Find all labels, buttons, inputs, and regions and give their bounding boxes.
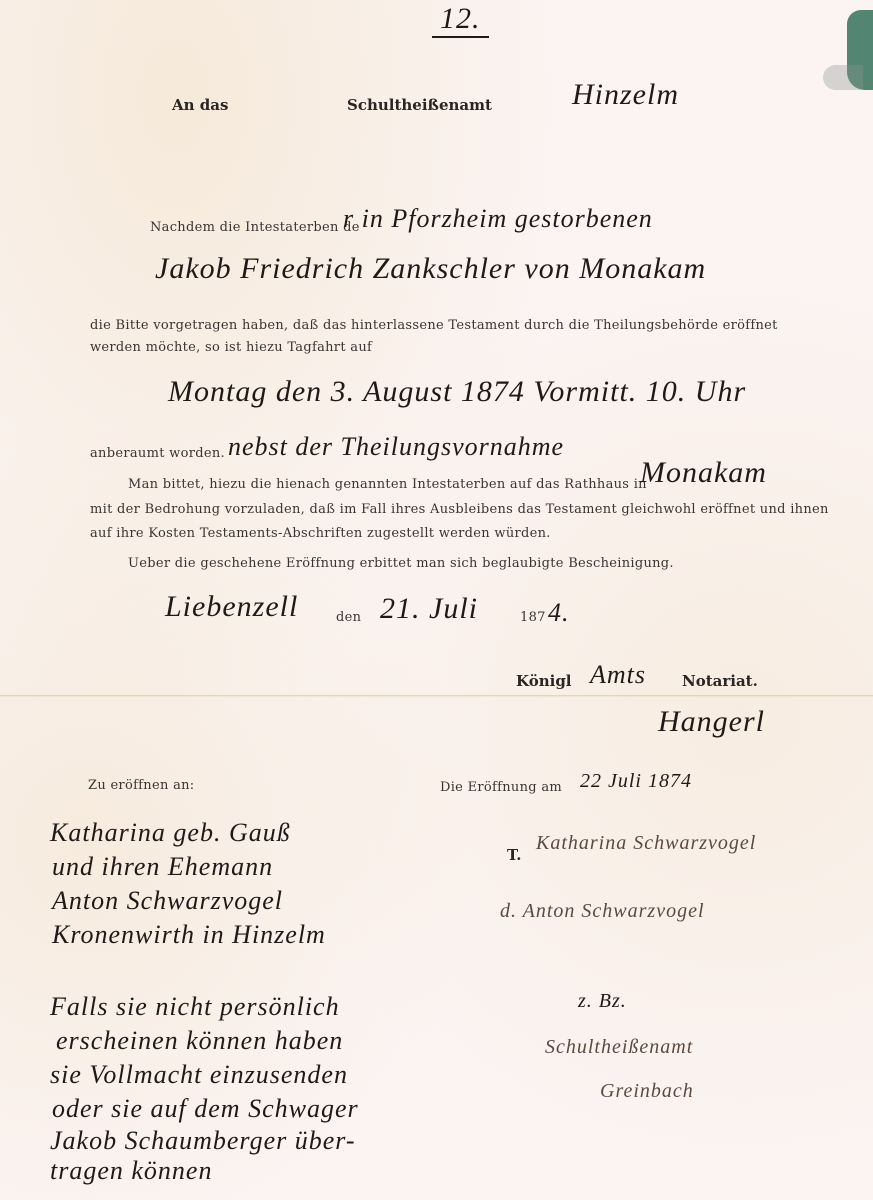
paragraph1-line1: die Bitte vorgetragen haben, daß das hin… (90, 318, 778, 333)
dateline-place-handwritten: Liebenzell (165, 590, 298, 624)
signature-notariat: Notariat. (682, 672, 758, 690)
attestation-line-1: z. Bz. (578, 990, 627, 1013)
note-line-4: oder sie auf dem Schwager (52, 1094, 359, 1124)
heir-line-1: Katharina geb. Gauß (50, 818, 291, 848)
note-line-6: tragen können (50, 1156, 212, 1186)
opening-date-handwritten: 22 Juli 1874 (580, 770, 692, 793)
intro-printed: Nachdem die Intestaterben de (150, 220, 360, 235)
attestation-line-3: Greinbach (600, 1080, 694, 1103)
header-office-label: Schultheißenamt (347, 96, 492, 114)
dateline-year-handwritten: 4. (548, 598, 570, 628)
deceased-name-handwritten: Jakob Friedrich Zankschler von Monakam (155, 252, 706, 286)
town-hall-place-handwritten: Monakam (640, 456, 767, 490)
paragraph2-line1: Man bittet, hiezu die hienach genannten … (128, 477, 647, 492)
intro-handwritten-1: r in Pforzheim gestorbenen (343, 204, 653, 234)
dateline-den: den (336, 610, 361, 625)
document-number: 12. (432, 2, 489, 38)
paragraph3: Ueber die geschehene Eröffnung erbittet … (128, 556, 674, 571)
stain-shadow (823, 65, 863, 90)
attendee-line-1: Katharina Schwarzvogel (536, 832, 756, 855)
appointment-addendum-handwritten: nebst der Theilungsvornahme (228, 432, 564, 462)
note-line-5: Jakob Schaumberger über- (50, 1126, 356, 1156)
right-column-T: T. (507, 846, 521, 864)
dateline-year-printed: 187 (520, 610, 546, 625)
fold-line (0, 695, 873, 698)
header-office-place: Hinzelm (572, 78, 679, 112)
paragraph2-line2: mit der Bedrohung vorzuladen, daß im Fal… (90, 502, 829, 517)
signature-amts-handwritten: Amts (590, 660, 646, 690)
note-line-3: sie Vollmacht einzusenden (50, 1060, 348, 1090)
heir-line-4: Kronenwirth in Hinzelm (52, 920, 326, 950)
notary-signature: Hangerl (658, 705, 765, 739)
dateline-date-handwritten: 21. Juli (380, 592, 478, 626)
heir-line-2: und ihren Ehemann (52, 852, 273, 882)
heir-line-3: Anton Schwarzvogel (52, 886, 283, 916)
note-line-1: Falls sie nicht persönlich (50, 992, 340, 1022)
left-column-label: Zu eröffnen an: (88, 778, 194, 793)
signature-koenigl: Königl (516, 672, 572, 690)
attendee-line-2: d. Anton Schwarzvogel (500, 900, 705, 923)
anberaumt-printed: anberaumt worden. (90, 446, 225, 461)
right-column-label: Die Eröffnung am (440, 780, 562, 795)
attestation-line-2: Schultheißenamt (545, 1036, 693, 1059)
paragraph1-line2: werden möchte, so ist hiezu Tagfahrt auf (90, 340, 372, 355)
note-line-2: erscheinen können haben (56, 1026, 343, 1056)
appointment-date-handwritten: Montag den 3. August 1874 Vormitt. 10. U… (168, 375, 746, 409)
paragraph2-line3: auf ihre Kosten Testaments-Abschriften z… (90, 526, 551, 541)
header-to-label: An das (172, 96, 228, 114)
